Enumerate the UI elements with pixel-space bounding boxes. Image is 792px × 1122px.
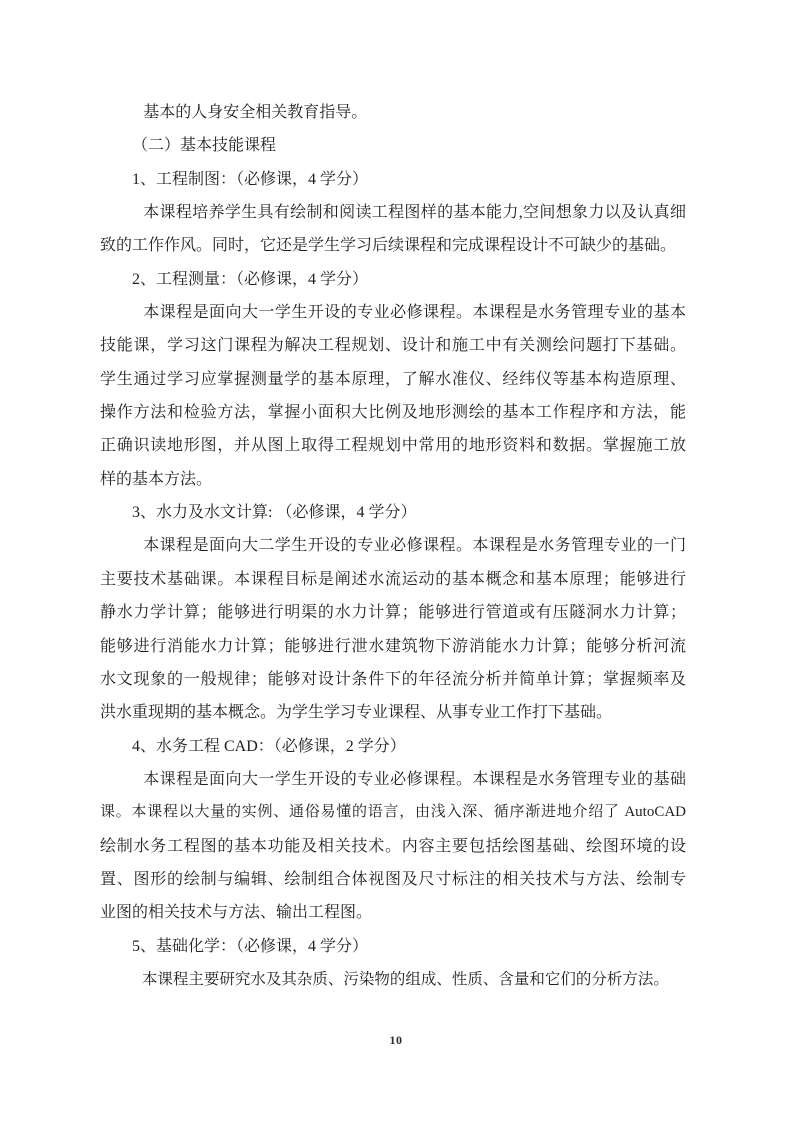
text-line: 静水力学计算；能够进行明渠的水力计算；能够进行管道或有压隧洞水力计算； bbox=[100, 596, 686, 629]
text-line: 本课程是面向大二学生开设的专业必修课程。本课程是水务管理专业的一门 bbox=[100, 529, 686, 562]
text-line: 置、图形的绘制与编辑、绘制组合体视图及尺寸标注的相关技术与方法、绘制专 bbox=[100, 863, 686, 896]
paragraph: 本课程是面向大一学生开设的专业必修课程。本课程是水务管理专业的基础 课。本课程以… bbox=[100, 763, 686, 930]
course-heading: 2、工程测量：（必修课，4 学分） bbox=[100, 263, 686, 296]
text-line: 学生通过学习应掌握测量学的基本原理，了解水准仪、经纬仪等基本构造原理、 bbox=[100, 363, 686, 396]
page-footer: 10 bbox=[0, 1030, 792, 1050]
text-line: 课。本课程以大量的实例、通俗易懂的语言，由浅入深、循序渐进地介绍了 AutoCA… bbox=[100, 796, 686, 829]
text-line: 致的工作作风。同时，它还是学生学习后续课程和完成课程设计不可缺少的基础。 bbox=[100, 229, 686, 262]
text-line: 本课程是面向大一学生开设的专业必修课程。本课程是水务管理专业的基础 bbox=[100, 763, 686, 796]
text-line: 样的基本方法。 bbox=[100, 463, 686, 496]
paragraph: 本课程主要研究水及其杂质、污染物的组成、性质、含量和它们的分析方法。 bbox=[100, 963, 686, 996]
text-line: 本课程主要研究水及其杂质、污染物的组成、性质、含量和它们的分析方法。 bbox=[100, 963, 686, 996]
text-line: 基本的人身安全相关教育指导。 bbox=[100, 96, 686, 129]
text-line: 本课程是面向大一学生开设的专业必修课程。本课程是水务管理专业的基本 bbox=[100, 296, 686, 329]
page-number: 10 bbox=[390, 1033, 403, 1047]
course-heading: 1、工程制图：（必修课，4 学分） bbox=[100, 163, 686, 196]
text-line: 洪水重现期的基本概念。为学生学习专业课程、从事专业工作打下基础。 bbox=[100, 696, 686, 729]
paragraph: 基本的人身安全相关教育指导。 bbox=[100, 96, 686, 129]
section-heading: （二）基本技能课程 bbox=[100, 129, 686, 162]
text-line: 能够进行消能水力计算；能够进行泄水建筑物下游消能水力计算；能够分析河流 bbox=[100, 630, 686, 663]
course-heading: 5、基础化学：（必修课，4 学分） bbox=[100, 930, 686, 963]
paragraph: 本课程是面向大一学生开设的专业必修课程。本课程是水务管理专业的基本 技能课，学习… bbox=[100, 296, 686, 496]
text-line: 正确识读地形图，并从图上取得工程规划中常用的地形资料和数据。掌握施工放 bbox=[100, 429, 686, 462]
course-heading: 4、水务工程 CAD：（必修课，2 学分） bbox=[100, 730, 686, 763]
text-line: 操作方法和检验方法，掌握小面积大比例及地形测绘的基本工作程序和方法，能 bbox=[100, 396, 686, 429]
paragraph: 本课程是面向大二学生开设的专业必修课程。本课程是水务管理专业的一门 主要技术基础… bbox=[100, 529, 686, 729]
document-body: 基本的人身安全相关教育指导。 （二）基本技能课程 1、工程制图：（必修课，4 学… bbox=[100, 96, 686, 996]
text-line: 水文现象的一般规律；能够对设计条件下的年径流分析并简单计算；掌握频率及 bbox=[100, 663, 686, 696]
text-line: 本课程培养学生具有绘制和阅读工程图样的基本能力,空间想象力以及认真细 bbox=[100, 196, 686, 229]
document-page: 基本的人身安全相关教育指导。 （二）基本技能课程 1、工程制图：（必修课，4 学… bbox=[0, 0, 792, 1122]
text-line: 绘制水务工程图的基本功能及相关技术。内容主要包括绘图基础、绘图环境的设 bbox=[100, 830, 686, 863]
text-line: 业图的相关技术与方法、输出工程图。 bbox=[100, 896, 686, 929]
text-line: 技能课，学习这门课程为解决工程规划、设计和施工中有关测绘问题打下基础。 bbox=[100, 329, 686, 362]
text-line: 主要技术基础课。本课程目标是阐述水流运动的基本概念和基本原理；能够进行 bbox=[100, 563, 686, 596]
course-heading: 3、水力及水文计算: （必修课，4 学分） bbox=[100, 496, 686, 529]
paragraph: 本课程培养学生具有绘制和阅读工程图样的基本能力,空间想象力以及认真细 致的工作作… bbox=[100, 196, 686, 263]
